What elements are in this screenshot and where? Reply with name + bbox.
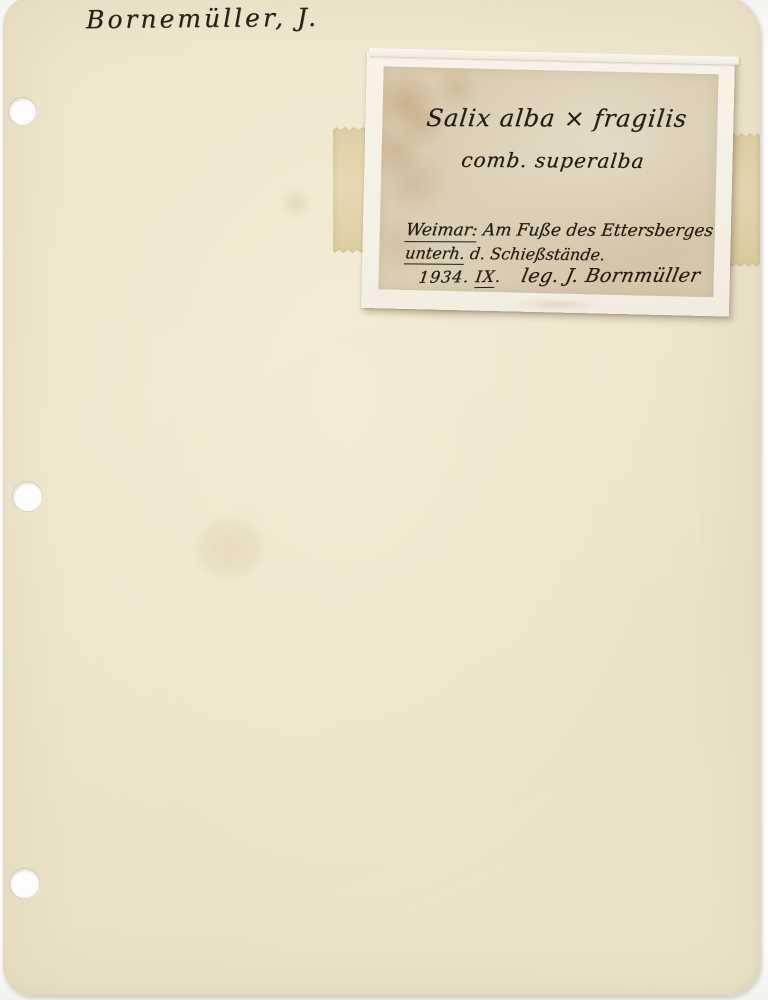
locality-line-2: unterh. d. Schießstände. — [404, 243, 606, 264]
locality-place-underlined: Weimar: — [404, 220, 478, 242]
punch-hole — [13, 482, 42, 511]
locality-detail: Am Fuße des Ettersberges — [476, 220, 714, 241]
taxon-combination: comb. superalba — [380, 147, 718, 173]
page-stain — [279, 188, 313, 218]
collector-heading: Bornemüller, J. — [86, 3, 319, 34]
locality-abbrev-underlined: unterh. — [404, 243, 466, 265]
collection-date-period: . — [494, 267, 503, 286]
page-stain — [195, 518, 265, 578]
taxon-name: Salix alba × fragilis — [381, 104, 719, 133]
specimen-label: Salix alba × fragilis comb. superalba We… — [378, 66, 718, 297]
collector-signature: leg. J. Bornmüller — [519, 265, 702, 287]
locality-detail-2: d. Schießstände. — [464, 244, 607, 264]
locality-line-1: Weimar: Am Fuße des Ettersberges — [405, 220, 715, 241]
punch-hole — [9, 98, 36, 125]
specimen-card: Salix alba × fragilis comb. superalba We… — [361, 52, 735, 317]
collection-year: 1934. — [418, 267, 471, 287]
collection-date: 1934. IX. — [418, 267, 503, 287]
punch-hole — [10, 869, 39, 898]
